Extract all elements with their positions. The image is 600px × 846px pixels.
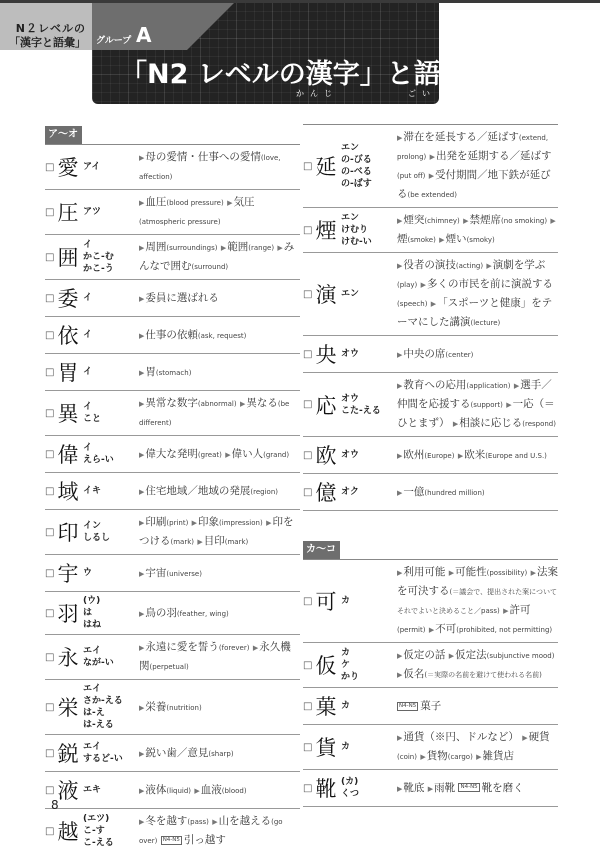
kanji-entry: □延エンの-びるの-べるの-ばす▶滞在を延長する／延ばす(extend, pro… [303,125,558,208]
english-gloss: (acting) [456,262,483,270]
study-checkbox[interactable]: □ [45,486,55,497]
english-gloss: (lecture) [471,319,501,327]
example-word: ▶中央の席(center) [397,348,473,360]
example-text: 相談に応じる [459,417,522,429]
bullet-triangle-icon: ▶ [139,519,144,527]
kanji-character: 異 [55,398,81,428]
study-checkbox[interactable]: □ [45,330,55,341]
english-gloss: (be extended) [408,191,457,199]
example-word: ▶委員に選ばれる [139,292,219,304]
example-text: 滞在を延長する／延ばす [403,131,519,143]
kanji-readings: エンけむりけむ-い [339,212,397,248]
kanji-entry: □貨カ▶通貨（※円、ドルなど） ▶硬貨(coin) ▶貨物(cargo) ▶雑貨… [303,725,558,770]
example-list: ▶教育への応用(application) ▶選手／仲間を応援する(support… [397,376,558,433]
reading: エイ [83,741,139,753]
study-checkbox[interactable]: □ [303,487,313,498]
english-gloss: (stomach) [156,369,192,377]
kanji-character: 演 [313,279,339,309]
study-checkbox[interactable]: □ [45,408,55,419]
study-checkbox[interactable]: □ [303,289,313,300]
kanji-readings: イこと [81,401,139,425]
kanji-character: 越 [55,816,81,846]
example-text: 永遠に愛を誓う [145,641,219,653]
kanji-readings: アツ [81,206,139,218]
english-gloss: (forever) [219,644,250,652]
reading: カ [341,700,397,712]
example-list: ▶通貨（※円、ドルなど） ▶硬貨(coin) ▶貨物(cargo) ▶雑貨店 [397,728,558,766]
reading: ケ [341,659,397,671]
bullet-triangle-icon: ▶ [225,451,230,459]
example-word: ▶範囲(range) [221,241,278,253]
study-checkbox[interactable]: □ [45,449,55,460]
example-text: 演劇を学ぶ [493,259,546,271]
reading: するど-い [83,753,139,765]
example-text: 貨物 [427,750,448,762]
english-gloss: (grand) [263,451,289,459]
study-checkbox[interactable]: □ [303,349,313,360]
example-text: 偉大な発明 [145,448,198,460]
kanji-list-a-o: □愛アイ▶母の愛情・仕事への愛情(love, affection) □圧アツ▶血… [45,145,300,846]
study-checkbox[interactable]: □ [45,293,55,304]
english-gloss: (Europe) [424,452,454,460]
english-gloss: (subjunctive mood) [487,652,555,660]
kanji-character: 液 [55,775,81,805]
kanji-readings: イ [81,366,139,378]
bullet-triangle-icon: ▶ [531,569,536,577]
bullet-triangle-icon: ▶ [506,401,511,409]
english-gloss: (center) [445,351,473,359]
study-checkbox[interactable]: □ [45,367,55,378]
reading: しるし [83,532,139,544]
reading: オウ [341,449,397,461]
example-text: 役者の演技 [403,259,456,271]
example-word: ▶鋭い歯／意見(sharp) [139,747,234,759]
kanji-character: 栄 [55,692,81,722]
kanji-character: 貨 [313,732,339,762]
kanji-character: 靴 [313,773,339,803]
example-text: 仮定の話 [403,649,445,661]
page-title: 「N2 レベルの漢字」と語彙 [120,52,440,91]
reading: エン [341,288,397,300]
bullet-triangle-icon: ▶ [397,262,402,270]
reading: は-え [83,707,139,719]
example-text: 欧州 [403,449,424,461]
example-text: 胃 [145,366,156,378]
example-text: 印刷 [145,516,166,528]
english-gloss: (Europe and U.S.) [485,452,547,460]
group-tag: グループ A [92,3,187,50]
example-word: ▶永遠に愛を誓う(forever) [139,641,253,653]
bullet-triangle-icon: ▶ [522,734,527,742]
kanji-readings: オウこた-える [339,393,397,417]
example-text: 山を越える [219,815,272,827]
kanji-entry: □愛アイ▶母の愛情・仕事への愛情(love, affection) [45,145,300,190]
english-gloss: (prohibited, not permitting) [456,626,552,634]
study-checkbox[interactable]: □ [45,702,55,713]
english-gloss: (speech) [397,300,427,308]
bullet-triangle-icon: ▶ [421,281,426,289]
example-word: ▶通貨（※円、ドルなど） [397,731,522,743]
bullet-triangle-icon: ▶ [476,753,481,761]
kanji-readings: カ [339,595,397,607]
kanji-character: 羽 [55,598,81,628]
bullet-triangle-icon: ▶ [194,787,199,795]
kanji-entry: □印インしるし▶印刷(print) ▶印象(impression) ▶印をつける… [45,510,300,555]
example-list: ▶周囲(surroundings) ▶範囲(range) ▶みんなで囲む(sur… [139,238,300,276]
example-text: 母の愛情・仕事への愛情 [145,151,261,163]
bullet-triangle-icon: ▶ [139,644,144,652]
kanji-entry: □域イキ▶住宅地域／地域の発展(region) [45,473,300,510]
kanji-readings: オク [339,486,397,498]
reading: イ [83,292,139,304]
kanji-entry: □液エキ▶液体(liquid) ▶血液(blood) [45,772,300,809]
reading: は [83,607,139,619]
study-checkbox[interactable]: □ [45,252,55,263]
example-text: 目印 [204,535,225,547]
example-text: 多くの市民を前に演説する [427,278,553,290]
group-label: グループ [96,33,131,46]
bullet-triangle-icon: ▶ [139,199,144,207]
kanji-entry: □依イ▶仕事の依頼(ask, request) [45,317,300,354]
study-checkbox[interactable]: □ [45,608,55,619]
english-gloss: (ask, request) [198,332,247,340]
example-list: ▶仮定の話 ▶仮定法(subjunctive mood) ▶仮名(＝実際の名前を… [397,646,558,684]
example-word: ▶印象(impression) [192,516,266,528]
kanji-entry: □億オク▶一億(hundred million) [303,474,558,511]
example-word: ▶仮定法(subjunctive mood) [449,649,555,661]
kanji-character: 欧 [313,440,339,470]
reading: イ [83,366,139,378]
example-list: ▶利用可能 ▶可能性(possibility) ▶法案を可決する(＝議会で、提出… [397,563,558,639]
english-gloss: (atmospheric pressure) [139,218,221,226]
example-text: 不可 [435,623,456,635]
example-text: 栄養 [145,701,166,713]
kanji-character: 延 [313,151,339,181]
example-text: 煙い [446,233,467,245]
study-checkbox[interactable]: □ [303,225,313,236]
example-text: 中央の席 [403,348,445,360]
study-checkbox[interactable]: □ [45,826,55,837]
study-checkbox[interactable]: □ [303,660,313,671]
bullet-triangle-icon: ▶ [139,154,144,162]
example-list: ▶役者の演技(acting) ▶演劇を学ぶ(play) ▶多くの市民を前に演説す… [397,256,558,332]
series-tag: N２レベルの 「漢字と語彙」 [0,3,92,50]
example-text: 靴底 [403,782,424,794]
bullet-triangle-icon: ▶ [397,134,402,142]
reading: は-える [83,719,139,731]
reading: エン [341,142,397,154]
kanji-entry: □胃イ▶胃(stomach) [45,354,300,391]
example-text: 血圧 [145,196,166,208]
example-word: ▶欧米(Europe and U.S.) [458,449,547,461]
example-list: ▶母の愛情・仕事への愛情(love, affection) [139,148,300,186]
kanji-entry: □鋭エイするど-い▶鋭い歯／意見(sharp) [45,735,300,772]
kanji-readings: イ [81,292,139,304]
english-gloss: (surroundings) [166,244,217,252]
example-list: ▶鳥の羽(feather, wing) [139,604,300,623]
example-word: ▶雨靴 [428,782,459,794]
english-gloss: (universe) [166,570,202,578]
bullet-triangle-icon: ▶ [397,652,402,660]
reading: こた-える [341,405,397,417]
kanji-character: 偉 [55,439,81,469]
reading: えら-い [83,454,139,466]
study-checkbox[interactable]: □ [303,783,313,794]
bullet-triangle-icon: ▶ [420,753,425,761]
kanji-entry: □可カ▶利用可能 ▶可能性(possibility) ▶法案を可決する(＝議会で… [303,560,558,643]
example-word: ▶煙突(chimney) [397,214,463,226]
example-text: 煙突 [403,214,424,226]
bullet-triangle-icon: ▶ [463,217,468,225]
study-checkbox[interactable]: □ [303,450,313,461]
example-text: 引っ越す [184,834,226,846]
example-text: 液体 [145,784,166,796]
section-label-ka-ko: カ〜コ [303,541,340,559]
bullet-triangle-icon: ▶ [192,519,197,527]
bullet-triangle-icon: ▶ [227,199,232,207]
example-text: 血液 [201,784,222,796]
kanji-entry: □栄エイさか-えるは-えは-える▶栄養(nutrition) [45,680,300,735]
english-gloss: (mark) [225,538,249,546]
reading: けむり [341,224,397,236]
bullet-triangle-icon: ▶ [139,400,144,408]
bullet-triangle-icon: ▶ [550,217,555,225]
example-word: ▶一億(hundred million) [397,486,485,498]
english-gloss: (smoky) [467,236,495,244]
kanji-readings: イかこ-むかこ-う [81,239,139,275]
bullet-triangle-icon: ▶ [486,262,491,270]
bullet-triangle-icon: ▶ [397,569,402,577]
bullet-triangle-icon: ▶ [197,538,202,546]
bullet-triangle-icon: ▶ [139,451,144,459]
english-gloss: (feather, wing) [177,610,229,618]
reading: オク [341,486,397,498]
kanji-entry: □靴(カ)くつ▶靴底 ▶雨靴 N4-N5靴を磨く [303,770,558,807]
bullet-triangle-icon: ▶ [397,489,402,497]
kanji-readings: ウ [81,567,139,579]
study-checkbox[interactable]: □ [45,748,55,759]
example-word: ▶栄養(nutrition) [139,701,202,713]
example-word: ▶血液(blood) [194,784,246,796]
example-list: ▶欧州(Europe) ▶欧米(Europe and U.S.) [397,446,558,465]
study-checkbox[interactable]: □ [45,162,55,173]
english-gloss: (smoke) [408,236,436,244]
kanji-entry: □越(エツ)こ-すこ-える▶冬を越す(pass) ▶山を越える(go over)… [45,809,300,846]
bullet-triangle-icon: ▶ [429,626,434,634]
example-text: 利用可能 [403,566,445,578]
example-text: 通貨（※円、ドルなど） [403,731,519,743]
kanji-readings: カ [339,700,397,712]
english-gloss: (chimney) [424,217,459,225]
reading: カ [341,595,397,607]
study-checkbox[interactable]: □ [45,785,55,796]
kanji-character: 鋭 [55,738,81,768]
bullet-triangle-icon: ▶ [139,570,144,578]
kanji-readings: イ [81,329,139,341]
reading: カ [341,647,397,659]
english-gloss: (respond) [522,420,556,428]
reading: エン [341,212,397,224]
kanji-character: 愛 [55,152,81,182]
example-word: ▶靴底 [397,782,428,794]
english-gloss: (pass) [187,818,209,826]
english-gloss: (region) [250,488,278,496]
kanji-entry: □永エイなが-い▶永遠に愛を誓う(forever) ▶永久機関(perpetua… [45,635,300,680]
example-list: ▶栄養(nutrition) [139,698,300,717]
reading: の-びる [341,154,397,166]
example-text: 出発を延期する／延ばす [436,150,552,162]
english-gloss: (surround) [192,263,229,271]
group-letter: A [136,23,151,47]
example-text: 雑貨店 [483,750,515,762]
section-label-a-o: ア〜オ [45,126,82,144]
bullet-triangle-icon: ▶ [453,420,458,428]
bullet-triangle-icon: ▶ [139,787,144,795]
kanji-character: 煙 [313,215,339,245]
example-text: 菓子 [420,700,441,712]
example-list: ▶委員に選ばれる [139,289,300,308]
reading: イ [83,329,139,341]
bullet-triangle-icon: ▶ [430,153,435,161]
bullet-triangle-icon: ▶ [429,172,434,180]
english-gloss: (put off) [397,172,425,180]
reading: アイ [83,161,139,173]
english-gloss: (nutrition) [166,704,201,712]
study-checkbox[interactable]: □ [303,399,313,410]
kanji-readings: イキ [81,485,139,497]
kanji-readings: (カ)くつ [339,776,397,800]
example-word: ▶周囲(surroundings) [139,241,221,253]
reading: さか-える [83,695,139,707]
example-list: ▶血圧(blood pressure) ▶気圧(atmospheric pres… [139,193,300,231]
example-list: ▶住宅地域／地域の発展(region) [139,482,300,501]
bullet-triangle-icon: ▶ [397,351,402,359]
example-text: 許可 [510,604,531,616]
group-tag-diagonal [187,3,234,50]
study-checkbox[interactable]: □ [303,701,313,712]
reading: ウ [83,567,139,579]
kanji-character: 印 [55,517,81,547]
page-number: 8 [51,798,59,812]
bullet-triangle-icon: ▶ [277,244,282,252]
kanji-character: 委 [55,283,81,313]
example-list: ▶胃(stomach) [139,363,300,382]
reading: イキ [83,485,139,497]
bullet-triangle-icon: ▶ [212,818,217,826]
bullet-triangle-icon: ▶ [139,488,144,496]
kanji-readings: (エツ)こ-すこ-える [81,813,139,846]
bullet-triangle-icon: ▶ [240,400,245,408]
bullet-triangle-icon: ▶ [397,785,402,793]
kanji-entry: □囲イかこ-むかこ-う▶周囲(surroundings) ▶範囲(range) … [45,235,300,280]
study-checkbox[interactable]: □ [45,207,55,218]
english-gloss: (play) [397,281,417,289]
example-word: ▶教育への応用(application) [397,379,514,391]
kanji-readings: オウ [339,449,397,461]
kanji-character: 菓 [313,691,339,721]
english-gloss: (blood pressure) [166,199,223,207]
kanji-entry: □応オウこた-える▶教育への応用(application) ▶選手／仲間を応援す… [303,373,558,437]
example-word: ▶利用可能 [397,566,449,578]
kanji-entry: □央オウ▶中央の席(center) [303,336,558,373]
example-list: ▶鋭い歯／意見(sharp) [139,744,300,763]
reading: くつ [341,788,397,800]
study-checkbox[interactable]: □ [303,161,313,172]
bullet-triangle-icon: ▶ [503,607,508,615]
english-gloss: (cargo) [448,753,473,761]
example-word: ▶役者の演技(acting) [397,259,486,271]
kanji-entry: □圧アツ▶血圧(blood pressure) ▶気圧(atmospheric … [45,190,300,235]
example-word: ▶相談に応じる(respond) [453,417,556,429]
reading: オウ [341,348,397,360]
bullet-triangle-icon: ▶ [397,382,402,390]
kanji-entry: □菓カN4-N5菓子 [303,688,558,725]
reading: カ [341,741,397,753]
english-gloss: (application) [466,382,510,390]
study-checkbox[interactable]: □ [45,568,55,579]
study-checkbox[interactable]: □ [303,742,313,753]
reading: こ-す [83,825,139,837]
example-list: ▶液体(liquid) ▶血液(blood) [139,781,300,800]
kanji-entry: □欧オウ▶欧州(Europe) ▶欧米(Europe and U.S.) [303,437,558,474]
kanji-character: 胃 [55,357,81,387]
example-list: ▶滞在を延長する／延ばす(extend, prolong) ▶出発を延期する／延… [397,128,558,204]
study-checkbox[interactable]: □ [303,596,313,607]
example-word: ▶欧州(Europe) [397,449,458,461]
bullet-triangle-icon: ▶ [428,785,433,793]
bullet-triangle-icon: ▶ [449,569,454,577]
example-word: ▶印刷(print) [139,516,192,528]
kanji-readings: イえら-い [81,442,139,466]
example-list: ▶靴底 ▶雨靴 N4-N5靴を磨く [397,779,558,798]
study-checkbox[interactable]: □ [45,527,55,538]
english-gloss: (blood) [222,787,247,795]
english-gloss: (mark) [171,538,195,546]
reading: こ-える [83,837,139,846]
example-word: ▶血圧(blood pressure) [139,196,227,208]
example-text: 可能性 [455,566,487,578]
example-word: ▶胃(stomach) [139,366,191,378]
reading: イ [83,401,139,413]
bullet-triangle-icon: ▶ [397,671,402,679]
study-checkbox[interactable]: □ [45,652,55,663]
example-text: 周囲 [145,241,166,253]
example-word: ▶不可(prohibited, not permitting) [429,623,552,635]
example-list: ▶中央の席(center) [397,345,558,364]
kanji-character: 可 [313,586,339,616]
reading: エイ [83,683,139,695]
kanji-readings: (ウ)ははね [81,595,139,631]
kanji-entry: □異イこと▶異常な数字(abnormal) ▶異なる(be different) [45,391,300,436]
example-text: 鳥の羽 [145,607,177,619]
kanji-entry: □羽(ウ)ははね▶鳥の羽(feather, wing) [45,592,300,635]
example-text: 雨靴 [434,782,455,794]
reading: かこ-う [83,263,139,275]
example-text: 異なる [246,397,278,409]
example-text: 教育への応用 [403,379,466,391]
reading: はね [83,619,139,631]
right-column: □延エンの-びるの-べるの-ばす▶滞在を延長する／延ばす(extend, pro… [303,124,558,807]
example-list: ▶一億(hundred million) [397,483,558,502]
example-word: N4-N5引っ越す [161,834,226,846]
example-text: 冬を越す [145,815,187,827]
kanji-entry: □煙エンけむりけむ-い▶煙突(chimney) ▶禁煙席(no smoking)… [303,208,558,253]
reading: なが-い [83,657,139,669]
example-word: ▶液体(liquid) [139,784,194,796]
bullet-triangle-icon: ▶ [449,652,454,660]
bullet-triangle-icon: ▶ [253,644,258,652]
example-word: ▶仕事の依頼(ask, request) [139,329,246,341]
